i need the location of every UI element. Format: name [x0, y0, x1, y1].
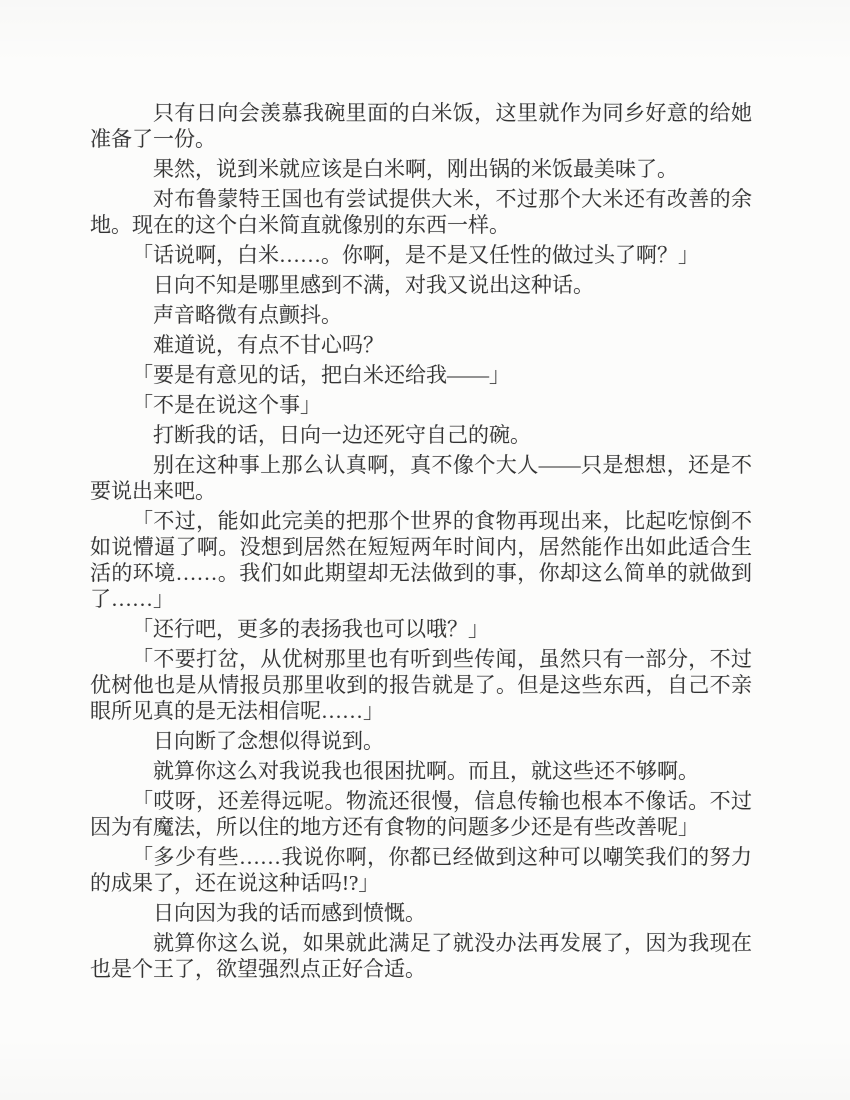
paragraph: 就算你这么说，如果就此满足了就没办法再发展了，因为我现在也是个王了，欲望强烈点正… [90, 930, 752, 982]
paragraph: 难道说，有点不甘心吗？ [90, 332, 752, 358]
text-line: 打断我的话，日向一边还死守自己的碗。 [90, 422, 752, 448]
paragraph: 「多少有些……我说你啊，你都已经做到这种可以嘲笑我们的努力的成果了，还在说这种话… [90, 844, 752, 896]
paragraph: 日向不知是哪里感到不满，对我又说出这种话。 [90, 272, 752, 298]
paragraph: 就算你这么对我说我也很困扰啊。而且，就这些还不够啊。 [90, 758, 752, 784]
text-line: 地。现在的这个白米简直就像别的东西一样。 [90, 212, 752, 238]
text-line: 「多少有些……我说你啊，你都已经做到这种可以嘲笑我们的努力 [90, 844, 752, 870]
text-column: 只有日向会羡慕我碗里面的白米饭，这里就作为同乡好意的给她准备了一份。果然，说到米… [90, 100, 752, 982]
text-line: 如说懵逼了啊。没想到居然在短短两年时间内，居然能作出如此适合生 [90, 534, 752, 560]
text-line: 就算你这么对我说我也很困扰啊。而且，就这些还不够啊。 [90, 758, 752, 784]
text-line: 准备了一份。 [90, 126, 752, 152]
paragraph: 「话说啊，白米……。你啊，是不是又任性的做过头了啊？」 [90, 242, 752, 268]
novel-page: 只有日向会羡慕我碗里面的白米饭，这里就作为同乡好意的给她准备了一份。果然，说到米… [0, 0, 850, 1100]
text-line: 「话说啊，白米……。你啊，是不是又任性的做过头了啊？」 [90, 242, 752, 268]
paragraph: 对布鲁蒙特王国也有尝试提供大米，不过那个大米还有改善的余地。现在的这个白米简直就… [90, 186, 752, 238]
text-line: 因为有魔法，所以住的地方还有食物的问题多少还是有些改善呢」 [90, 814, 752, 840]
paragraph: 只有日向会羡慕我碗里面的白米饭，这里就作为同乡好意的给她准备了一份。 [90, 100, 752, 152]
paragraph: 「要是有意见的话，把白米还给我——」 [90, 362, 752, 388]
text-line: 「要是有意见的话，把白米还给我——」 [90, 362, 752, 388]
text-line: 活的环境……。我们如此期望却无法做到的事，你却这么简单的就做到 [90, 560, 752, 586]
paragraph: 「还行吧，更多的表扬我也可以哦？」 [90, 616, 752, 642]
text-line: 「不过，能如此完美的把那个世界的食物再现出来，比起吃惊倒不 [90, 508, 752, 534]
text-line: 就算你这么说，如果就此满足了就没办法再发展了，因为我现在 [90, 930, 752, 956]
text-line: 果然，说到米就应该是白米啊，刚出锅的米饭最美味了。 [90, 156, 752, 182]
text-line: 声音略微有点颤抖。 [90, 302, 752, 328]
paragraph: 果然，说到米就应该是白米啊，刚出锅的米饭最美味了。 [90, 156, 752, 182]
paragraph: 「不是在说这个事」 [90, 392, 752, 418]
text-line: 「还行吧，更多的表扬我也可以哦？」 [90, 616, 752, 642]
text-line: 的成果了，还在说这种话吗!?」 [90, 870, 752, 896]
text-line: 优树他也是从情报员那里收到的报告就是了。但是这些东西，自己不亲 [90, 672, 752, 698]
text-line: 日向不知是哪里感到不满，对我又说出这种话。 [90, 272, 752, 298]
paragraph: 日向断了念想似得说到。 [90, 728, 752, 754]
text-line: 难道说，有点不甘心吗？ [90, 332, 752, 358]
text-line: 眼所见真的是无法相信呢……」 [90, 698, 752, 724]
text-line: 对布鲁蒙特王国也有尝试提供大米，不过那个大米还有改善的余 [90, 186, 752, 212]
paragraph: 声音略微有点颤抖。 [90, 302, 752, 328]
paragraph: 日向因为我的话而感到愤慨。 [90, 900, 752, 926]
paragraph: 「哎呀，还差得远呢。物流还很慢，信息传输也根本不像话。不过因为有魔法，所以住的地… [90, 788, 752, 840]
text-line: 「不要打岔，从优树那里也有听到些传闻，虽然只有一部分，不过 [90, 646, 752, 672]
text-line: 要说出来吧。 [90, 478, 752, 504]
text-line: 日向断了念想似得说到。 [90, 728, 752, 754]
text-line: 「不是在说这个事」 [90, 392, 752, 418]
text-line: 「哎呀，还差得远呢。物流还很慢，信息传输也根本不像话。不过 [90, 788, 752, 814]
text-line: 了……」 [90, 586, 752, 612]
paragraph: 别在这种事上那么认真啊，真不像个大人——只是想想，还是不要说出来吧。 [90, 452, 752, 504]
paragraph: 「不要打岔，从优树那里也有听到些传闻，虽然只有一部分，不过优树他也是从情报员那里… [90, 646, 752, 724]
text-line: 日向因为我的话而感到愤慨。 [90, 900, 752, 926]
paragraph: 「不过，能如此完美的把那个世界的食物再现出来，比起吃惊倒不如说懵逼了啊。没想到居… [90, 508, 752, 612]
text-line: 别在这种事上那么认真啊，真不像个大人——只是想想，还是不 [90, 452, 752, 478]
text-line: 也是个王了，欲望强烈点正好合适。 [90, 956, 752, 982]
paragraph: 打断我的话，日向一边还死守自己的碗。 [90, 422, 752, 448]
text-line: 只有日向会羡慕我碗里面的白米饭，这里就作为同乡好意的给她 [90, 100, 752, 126]
